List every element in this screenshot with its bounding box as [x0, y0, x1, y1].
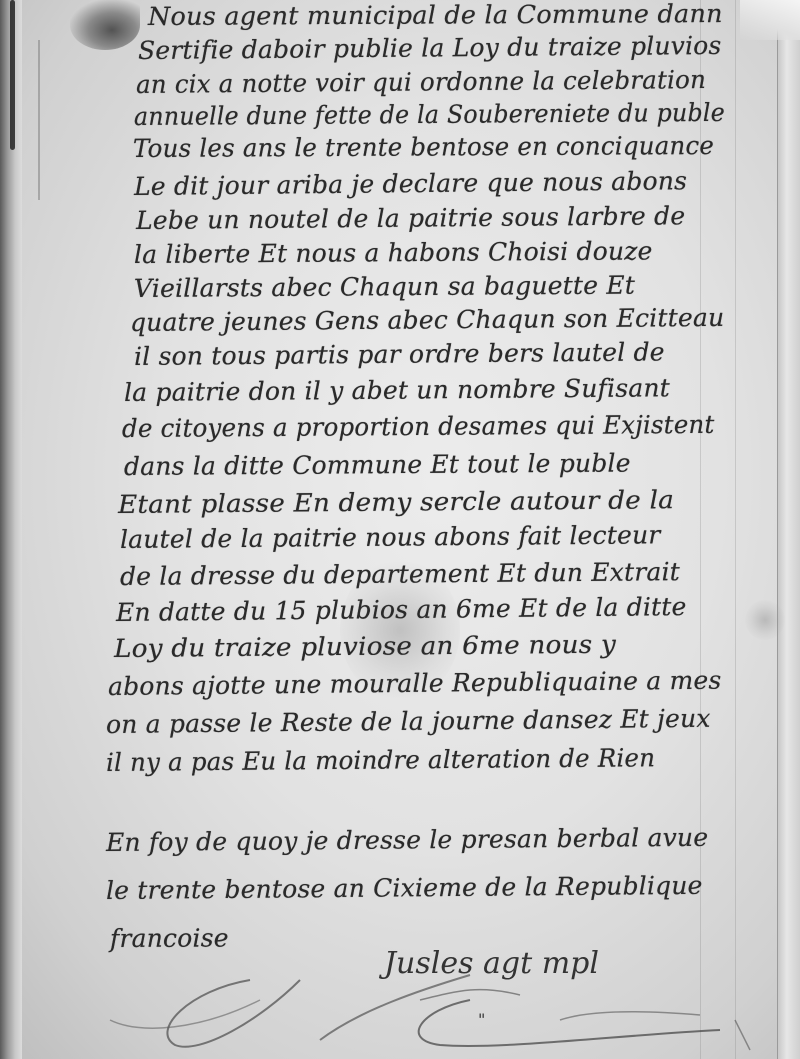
text-line: lautel de la paitrie nous abons fait lec…: [120, 520, 661, 554]
text-line: on a passe le Reste de la journe dansez …: [106, 704, 711, 739]
text-line: Le dit jour ariba je declare que nous ab…: [134, 166, 687, 201]
text-line: la paitrie don il y abet un nombre Sufis…: [124, 373, 670, 407]
text-line: quatre jeunes Gens abec Chaqun son Ecitt…: [130, 303, 725, 337]
text-line: Tous les ans le trente bentose en conciq…: [133, 131, 714, 163]
text-line: dans la ditte Commune Et tout le puble: [124, 448, 631, 481]
manuscript-photo: Nous agent municipal de la Commune dann …: [0, 0, 800, 1059]
text-line: le trente bentose an Cixieme de la Repub…: [106, 871, 703, 905]
text-line: la liberte Et nous a habons Choisi douze: [134, 236, 653, 269]
text-line: an cix a notte voir qui ordonne la celeb…: [136, 65, 706, 99]
text-line: En foy de quoy je dresse le presan berba…: [106, 823, 709, 857]
text-line: Vieillarsts abec Chaqun sa baguette Et: [134, 271, 635, 303]
text-line: En datte du 15 plubios an 6me Et de la d…: [116, 592, 687, 627]
text-line: Nous agent municipal de la Commune dann: [148, 0, 723, 31]
text-line: il ny a pas Eu la moindre alteration de …: [106, 743, 655, 777]
text-line: de citoyens a proportion desames qui Exj…: [122, 410, 715, 443]
manuscript-text: Nous agent municipal de la Commune dann …: [0, 0, 800, 1059]
text-line: Loy du traize pluviose an 6me nous y: [114, 630, 616, 663]
text-line: il son tous partis par ordre bers lautel…: [134, 337, 665, 371]
text-line: de la dresse du departement Et dun Extra…: [120, 557, 680, 591]
text-line: abons ajotte une mouralle Republiquaine …: [108, 666, 722, 701]
text-line: Etant plasse En demy sercle autour de la: [118, 485, 674, 519]
text-line: Sertifie daboir publie la Loy du traize …: [138, 31, 722, 65]
text-line: annuelle dune fette de la Soubereniete d…: [134, 98, 725, 131]
text-line: Lebe un noutel de la paitrie sous larbre…: [136, 201, 685, 235]
text-line: francoise: [110, 923, 229, 953]
signature-flourish: [0, 960, 800, 1059]
